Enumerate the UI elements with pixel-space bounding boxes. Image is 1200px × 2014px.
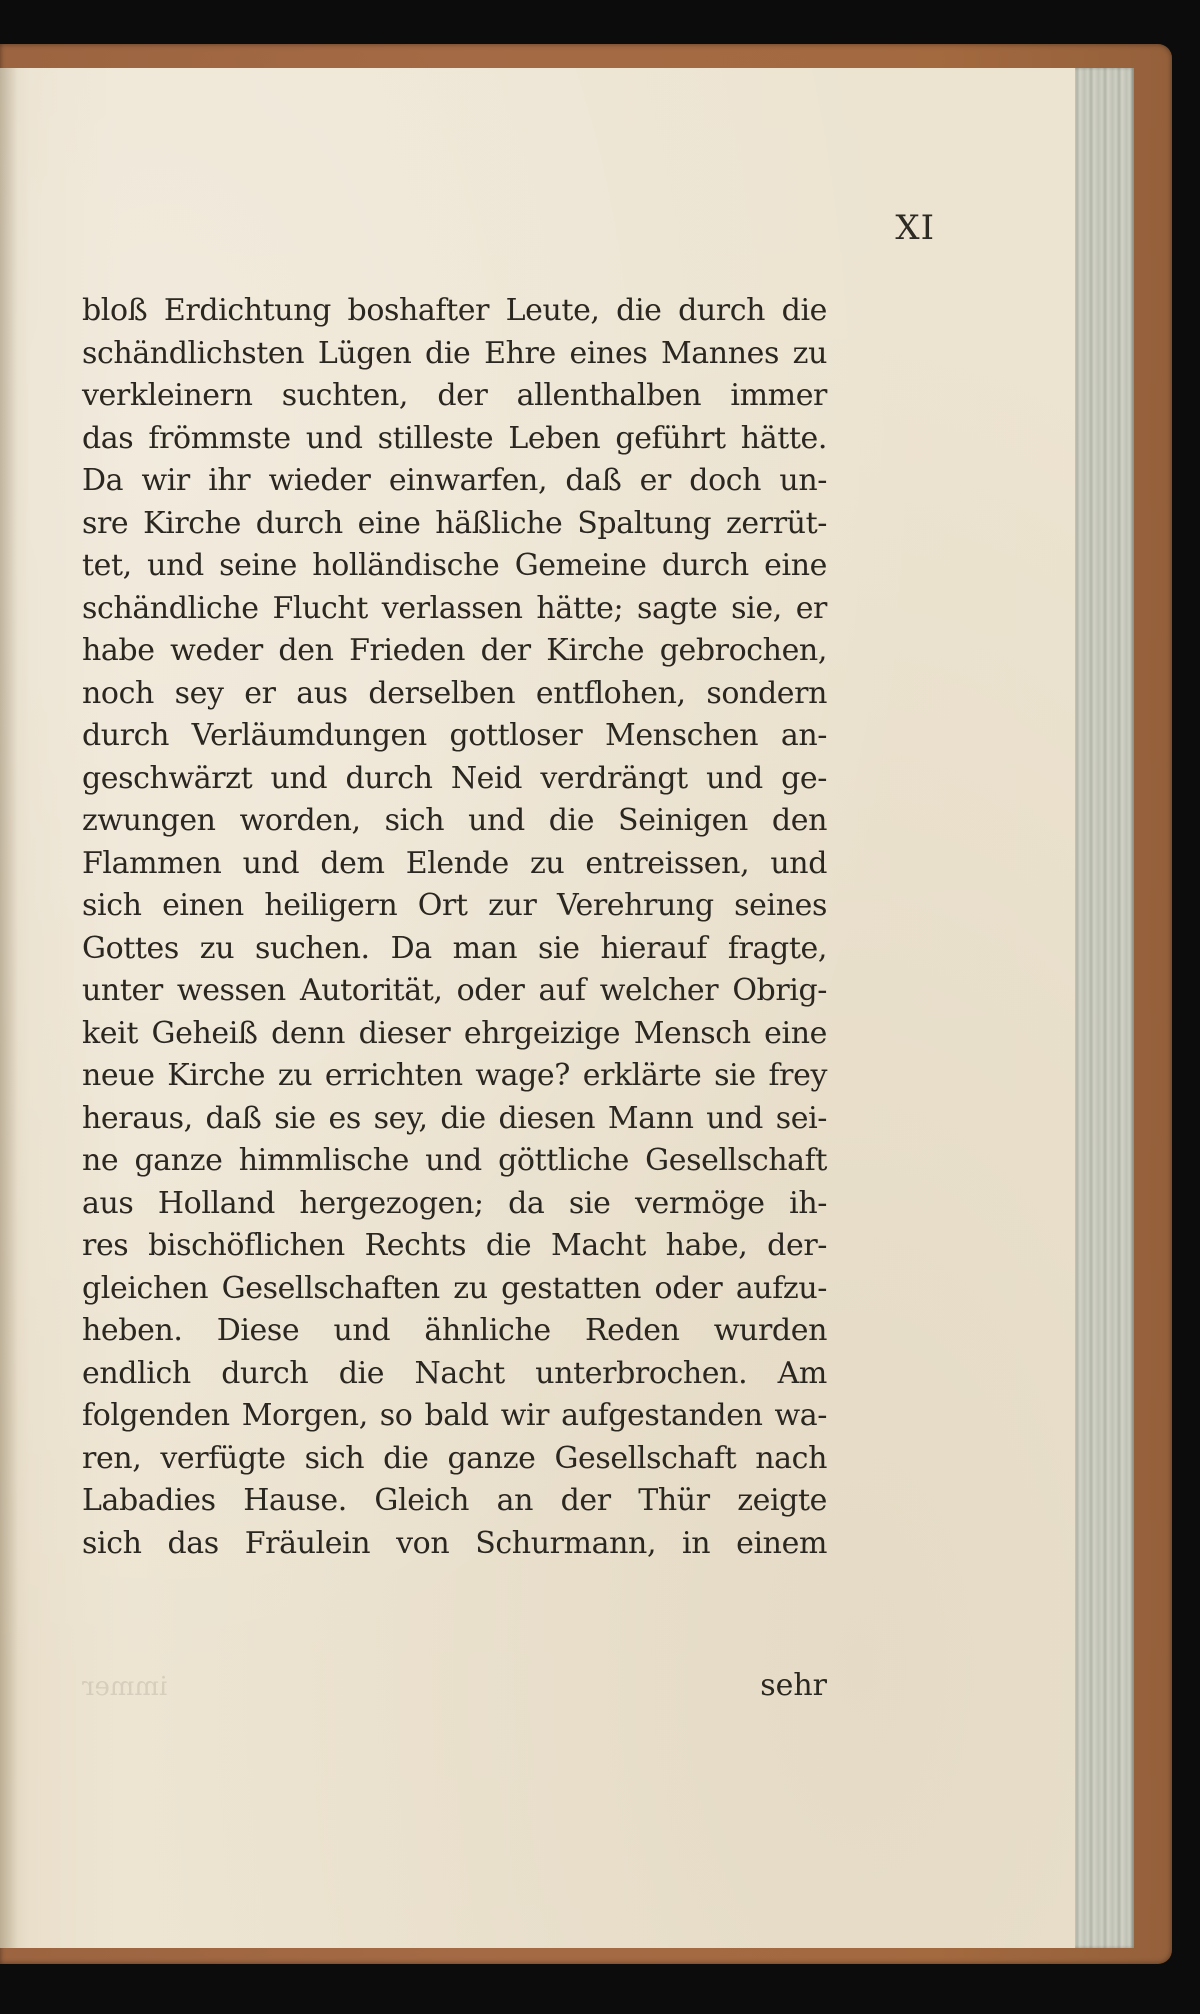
gutter-shadow bbox=[0, 68, 18, 1948]
text-line: schändliche Flucht verlassen hätte; sagt… bbox=[82, 588, 827, 631]
text-line: heraus, daß sie es sey, die diesen Mann … bbox=[82, 1098, 827, 1141]
text-line: Flammen und dem Elende zu entreissen, un… bbox=[82, 843, 827, 886]
text-line: ren, verfügte sich die ganze Gesellschaf… bbox=[82, 1438, 827, 1481]
book-page: XI bloß Erdichtung boshafter Leute, die … bbox=[0, 68, 1075, 1948]
text-line: zwungen worden, sich und die Seinigen de… bbox=[82, 800, 827, 843]
text-line: res bischöflichen Rechts die Macht habe,… bbox=[82, 1225, 827, 1268]
text-line: Da wir ihr wieder einwarfen, daß er doch… bbox=[82, 460, 827, 503]
text-line: verkleinern suchten, der allenthalben im… bbox=[82, 375, 827, 418]
body-text: bloß Erdichtung boshafter Leute, die dur… bbox=[82, 290, 827, 1565]
page-number: XI bbox=[895, 208, 935, 248]
text-line: durch Verläumdungen gottloser Menschen a… bbox=[82, 715, 827, 758]
text-line: aus Holland hergezogen; da sie vermöge i… bbox=[82, 1183, 827, 1226]
text-line: sich einen heiligern Ort zur Verehrung s… bbox=[82, 885, 827, 928]
page-block-edges bbox=[1070, 68, 1134, 1948]
catchword: sehr bbox=[760, 1668, 827, 1703]
text-line: Gottes zu suchen. Da man sie hierauf fra… bbox=[82, 928, 827, 971]
text-line: unter wessen Autorität, oder auf welcher… bbox=[82, 970, 827, 1013]
text-line: Labadies Hause. Gleich an der Thür zeigt… bbox=[82, 1480, 827, 1523]
text-line: noch sey er aus derselben entflohen, son… bbox=[82, 673, 827, 716]
text-line: sich das Fräulein von Schurmann, in eine… bbox=[82, 1523, 827, 1566]
text-line: habe weder den Frieden der Kirche gebroc… bbox=[82, 630, 827, 673]
scan-scene: XI bloß Erdichtung boshafter Leute, die … bbox=[0, 0, 1200, 2014]
text-line: neue Kirche zu errichten wage? erklärte … bbox=[82, 1055, 827, 1098]
text-line: heben. Diese und ähnliche Reden wurden bbox=[82, 1310, 827, 1353]
text-line: endlich durch die Nacht unterbrochen. Am bbox=[82, 1353, 827, 1396]
text-line: folgenden Morgen, so bald wir aufgestand… bbox=[82, 1395, 827, 1438]
text-line: sre Kirche durch eine häßliche Spaltung … bbox=[82, 503, 827, 546]
text-line: geschwärzt und durch Neid verdrängt und … bbox=[82, 758, 827, 801]
text-line: ne ganze himmlische und göttliche Gesell… bbox=[82, 1140, 827, 1183]
text-line: gleichen Gesellschaften zu gestatten ode… bbox=[82, 1268, 827, 1311]
text-line: tet, und seine holländische Gemeine durc… bbox=[82, 545, 827, 588]
bleed-through-text: immer bbox=[82, 1672, 167, 1702]
text-line: bloß Erdichtung boshafter Leute, die dur… bbox=[82, 290, 827, 333]
text-line: schändlichsten Lügen die Ehre eines Mann… bbox=[82, 333, 827, 376]
text-line: das frömmste und stilleste Leben geführt… bbox=[82, 418, 827, 461]
text-line: keit Geheiß denn dieser ehrgeizige Mensc… bbox=[82, 1013, 827, 1056]
